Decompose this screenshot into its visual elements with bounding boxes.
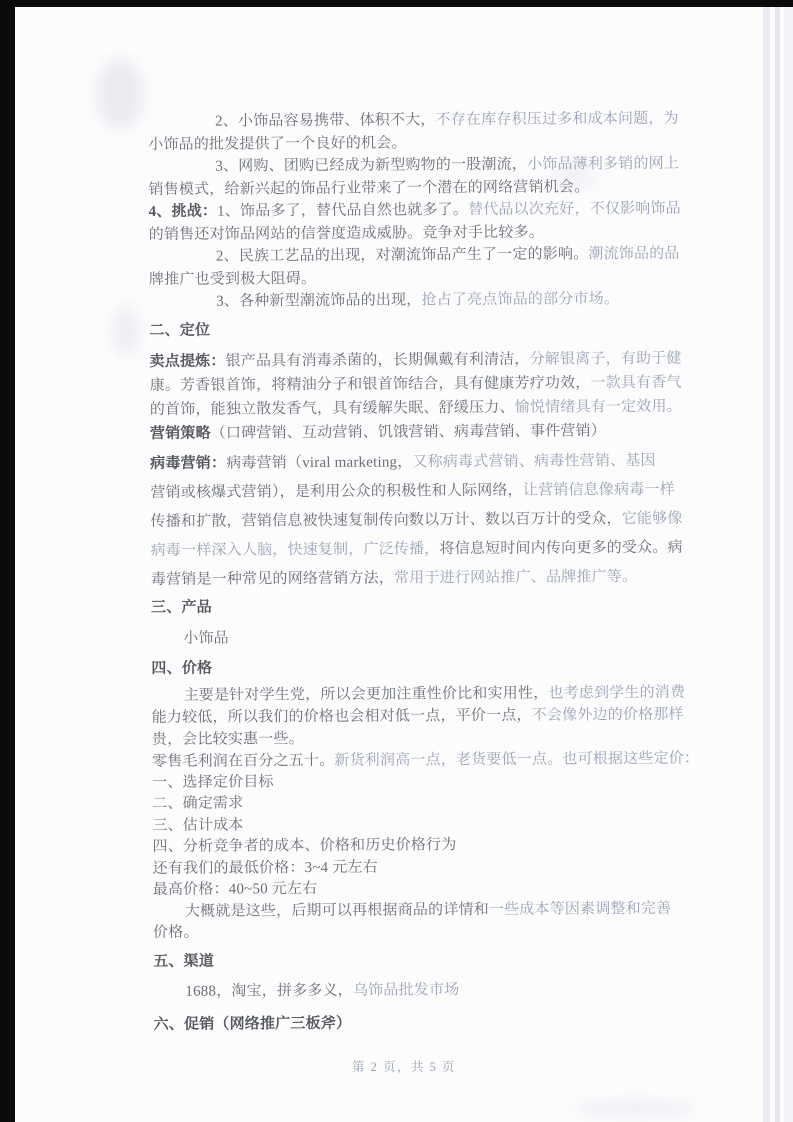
text-line: 病毒一样深入人脑，快速复制，广泛传播，将信息短时间内传向更多的受众。病 xyxy=(151,534,696,566)
text-line: 价格。 xyxy=(153,920,698,945)
text-run: 二、确定需求 xyxy=(152,795,243,812)
text-run: 银产品具有消毒杀菌的，长期佩戴有利清洁， xyxy=(225,352,529,370)
scan-smudge xyxy=(97,59,143,129)
text-run: 传播和扩散，营销信息被快速复制传向数以万计、数以百万计的受众， xyxy=(150,511,621,530)
section-heading: 六、促销（网络推广三板斧） xyxy=(154,1010,699,1036)
text-run: 零售毛利润在百分之五十。 xyxy=(152,752,335,769)
text-run: 1、饰品多了，替代品自然也就多了。 xyxy=(217,202,468,220)
text-line: 小饰品 xyxy=(151,624,696,650)
text-run: 营销策略 xyxy=(150,426,211,442)
text-run: 的首饰，能独立散发香气，具有缓解失眠、舒缓压力、 xyxy=(150,400,515,418)
section-heading: 三、产品 xyxy=(151,594,696,620)
scanner-background: { "page": { "background_color": "#0b0b0b… xyxy=(0,0,793,1122)
text-run: 病毒营销： xyxy=(150,456,226,472)
text-run: 小饰品 xyxy=(183,630,229,646)
text-run: 大概就是这些，后期可以再根据商品的详情和 xyxy=(185,901,489,919)
text-run: 三、产品 xyxy=(151,600,212,616)
text-run: 六、促销（网络推广三板斧） xyxy=(154,1015,352,1032)
text-run: 分解银离子，有助于健 xyxy=(530,351,682,368)
text-run: 能力较低，所以我们的价格也会相对低一点，平价一点， xyxy=(152,707,532,725)
scanned-page: 2、小饰品容易携带、体积不大，不存在库存积压过多和成本问题，为小饰品的批发提供了… xyxy=(15,7,793,1122)
text-line: 1688，淘宝，拼多多义，乌饰品批发市场 xyxy=(153,978,698,1004)
text-run: 它能够像 xyxy=(622,511,683,527)
text-run: 抢占了亮点饰品的部分市场。 xyxy=(421,291,619,308)
text-line: 卖点提炼：银产品具有消毒杀菌的，长期佩戴有利清洁，分解银离子，有助于健 xyxy=(149,347,694,374)
text-run: 让营销信息像病毒一样 xyxy=(523,482,675,499)
text-run: 常用于进行网站推广、品牌推广等。 xyxy=(394,569,637,586)
text-line: 3、网购、团购已经成为新型购物的一股潮流，小饰品薄利多销的网上 xyxy=(148,153,693,179)
text-run: 价格。 xyxy=(153,925,199,941)
text-run: 一、选择定价目标 xyxy=(152,774,274,791)
text-run: 牌推广也受到极大阻碍。 xyxy=(149,270,316,287)
scan-smudge xyxy=(113,307,139,355)
text-run: 潮流饰品的品 xyxy=(588,246,679,263)
section-heading: 四、价格 xyxy=(151,655,696,681)
text-run: 愉悦情绪具有一定效用。 xyxy=(515,399,682,416)
text-line: 大概就是这些，后期可以再根据商品的详情和一些成本等因素调整和完善 xyxy=(153,898,698,923)
text-run: 一款具有香气 xyxy=(590,375,681,392)
text-run: 2、小饰品容易携带、体积不大， xyxy=(215,112,436,129)
scan-stripe xyxy=(784,7,793,1122)
text-run: 3、各种新型潮流饰品的出现， xyxy=(216,292,421,309)
text-run: 最高价格：40~50 元左右 xyxy=(153,881,318,898)
text-run: 毒营销是一种常见的网络营销方法， xyxy=(151,571,394,588)
text-line: 小饰品的批发提供了一个良好的机会。 xyxy=(148,130,693,156)
text-run: 的销售还对饰品网站的信誉度造成威胁。竞争对手比较多。 xyxy=(149,224,544,242)
text-run: 销售模式，给新兴起的饰品行业带来了一个潜在的网络营销机会。 xyxy=(148,179,589,198)
text-run: 五、渠道 xyxy=(153,953,214,969)
text-line: 2、民族工艺品的出现，对潮流饰品产生了一定的影响。潮流饰品的品 xyxy=(149,243,694,269)
text-run: 1688，淘宝，拼多多义， xyxy=(185,983,353,1000)
text-line: 传播和扩散，营销信息被快速复制传向数以万计、数以百万计的受众，它能够像 xyxy=(150,505,695,537)
text-run: 康。芳香银首饰，将精油分子和银首饰结合，具有健康芳疗功效， xyxy=(150,375,591,394)
text-run: 病毒一样深入人脑，快速复制，广泛传播， xyxy=(151,541,440,559)
text-run: 还有我们的最低价格：3~4 元左右 xyxy=(153,859,378,876)
scan-top-edge xyxy=(0,0,793,7)
scan-stripe xyxy=(763,7,770,1122)
text-run: 小饰品薄利多销的网上 xyxy=(527,156,679,173)
text-line: 康。芳香银首饰，将精油分子和银首饰结合，具有健康芳疗功效，一款具有香气 xyxy=(150,371,695,398)
text-run: 又称病毒式营销、病毒性营销、基因 xyxy=(412,453,655,470)
text-line: 牌推广也受到极大阻碍。 xyxy=(149,265,694,291)
text-run: 一些成本等因素调整和完善 xyxy=(489,900,672,917)
text-run: 卖点提炼： xyxy=(149,354,225,370)
text-run: 不存在库存积压过多和成本问题，为 xyxy=(436,111,679,128)
text-line: 3、各种新型潮流饰品的出现，抢占了亮点饰品的部分市场。 xyxy=(149,288,694,314)
text-line: 毒营销是一种常见的网络营销方法，常用于进行网站推广、品牌推广等。 xyxy=(151,563,696,595)
text-line: 零售毛利润在百分之五十。新货利润高一点，老货要低一点。也可根据这些定价： xyxy=(152,747,697,772)
text-run: 病毒营销（viral marketing， xyxy=(226,454,412,471)
document-body: 2、小饰品容易携带、体积不大，不存在库存积压过多和成本问题，为小饰品的批发提供了… xyxy=(148,108,699,1036)
text-run: 乌饰品批发市场 xyxy=(353,982,460,999)
text-run: （口碑营销、互动营销、饥饿营销、病毒营销、事件营销） xyxy=(211,423,606,441)
text-run: 3、网购、团购已经成为新型购物的一股潮流， xyxy=(215,157,527,175)
text-line: 的首饰，能独立散发香气，具有缓解失眠、舒缓压力、愉悦情绪具有一定效用。 xyxy=(150,395,695,422)
text-run: 替代品以次充好，不仅影响饰品 xyxy=(468,201,681,218)
text-run: 将信息短时间内传向更多的受众。病 xyxy=(439,540,682,557)
section-heading: 五、渠道 xyxy=(153,947,698,973)
text-line: 能力较低，所以我们的价格也会相对低一点，平价一点，不会像外边的价格那样 xyxy=(152,703,697,728)
text-line: 销售模式，给新兴起的饰品行业带来了一个潜在的网络营销机会。 xyxy=(148,175,693,201)
text-line: 4、挑战：1、饰品多了，替代品自然也就多了。替代品以次充好，不仅影响饰品 xyxy=(149,198,694,224)
scan-smudge xyxy=(575,1102,695,1116)
text-line: 主要是针对学生党，所以会更加注重性价比和实用性，也考虑到学生的消费 xyxy=(152,681,697,706)
text-line: 的销售还对饰品网站的信誉度造成威胁。竞争对手比较多。 xyxy=(149,220,694,246)
text-line: 病毒营销：病毒营销（viral marketing，又称病毒式营销、病毒性营销、… xyxy=(150,447,695,479)
text-run: 四、分析竞争者的成本、价格和历史价格行为 xyxy=(152,837,456,855)
text-run: 营销或核爆式营销），是利用公众的积极性和人际网络， xyxy=(150,483,523,501)
text-run: 新货利润高一点，老货要低一点。也可根据这些定价： xyxy=(334,750,699,768)
scan-stripe xyxy=(775,7,780,1122)
text-run: 4、挑战： xyxy=(149,204,218,220)
text-run: 不会像外边的价格那样 xyxy=(532,706,684,723)
text-line: 营销策略（口碑营销、互动营销、饥饿营销、病毒营销、事件营销） xyxy=(150,419,695,446)
text-run: 2、民族工艺品的出现，对潮流饰品产生了一定的影响。 xyxy=(216,246,589,264)
section-heading: 二、定位 xyxy=(149,316,694,342)
text-line: 2、小饰品容易携带、体积不大，不存在库存积压过多和成本问题，为 xyxy=(148,108,693,134)
text-run: 也考虑到学生的消费 xyxy=(548,684,685,701)
text-run: 贵，会比较实惠一些。 xyxy=(152,731,304,748)
text-run: 二、定位 xyxy=(149,322,210,338)
text-run: 三、估计成本 xyxy=(152,817,243,834)
text-line: 营销或核爆式营销），是利用公众的积极性和人际网络，让营销信息像病毒一样 xyxy=(150,476,695,508)
text-run: 四、价格 xyxy=(151,661,212,677)
page-number: 第 2 页，共 5 页 xyxy=(15,1057,793,1075)
text-run: 主要是针对学生党，所以会更加注重性价比和实用性， xyxy=(184,685,549,703)
text-run: 小饰品的批发提供了一个良好的机会。 xyxy=(148,135,406,153)
